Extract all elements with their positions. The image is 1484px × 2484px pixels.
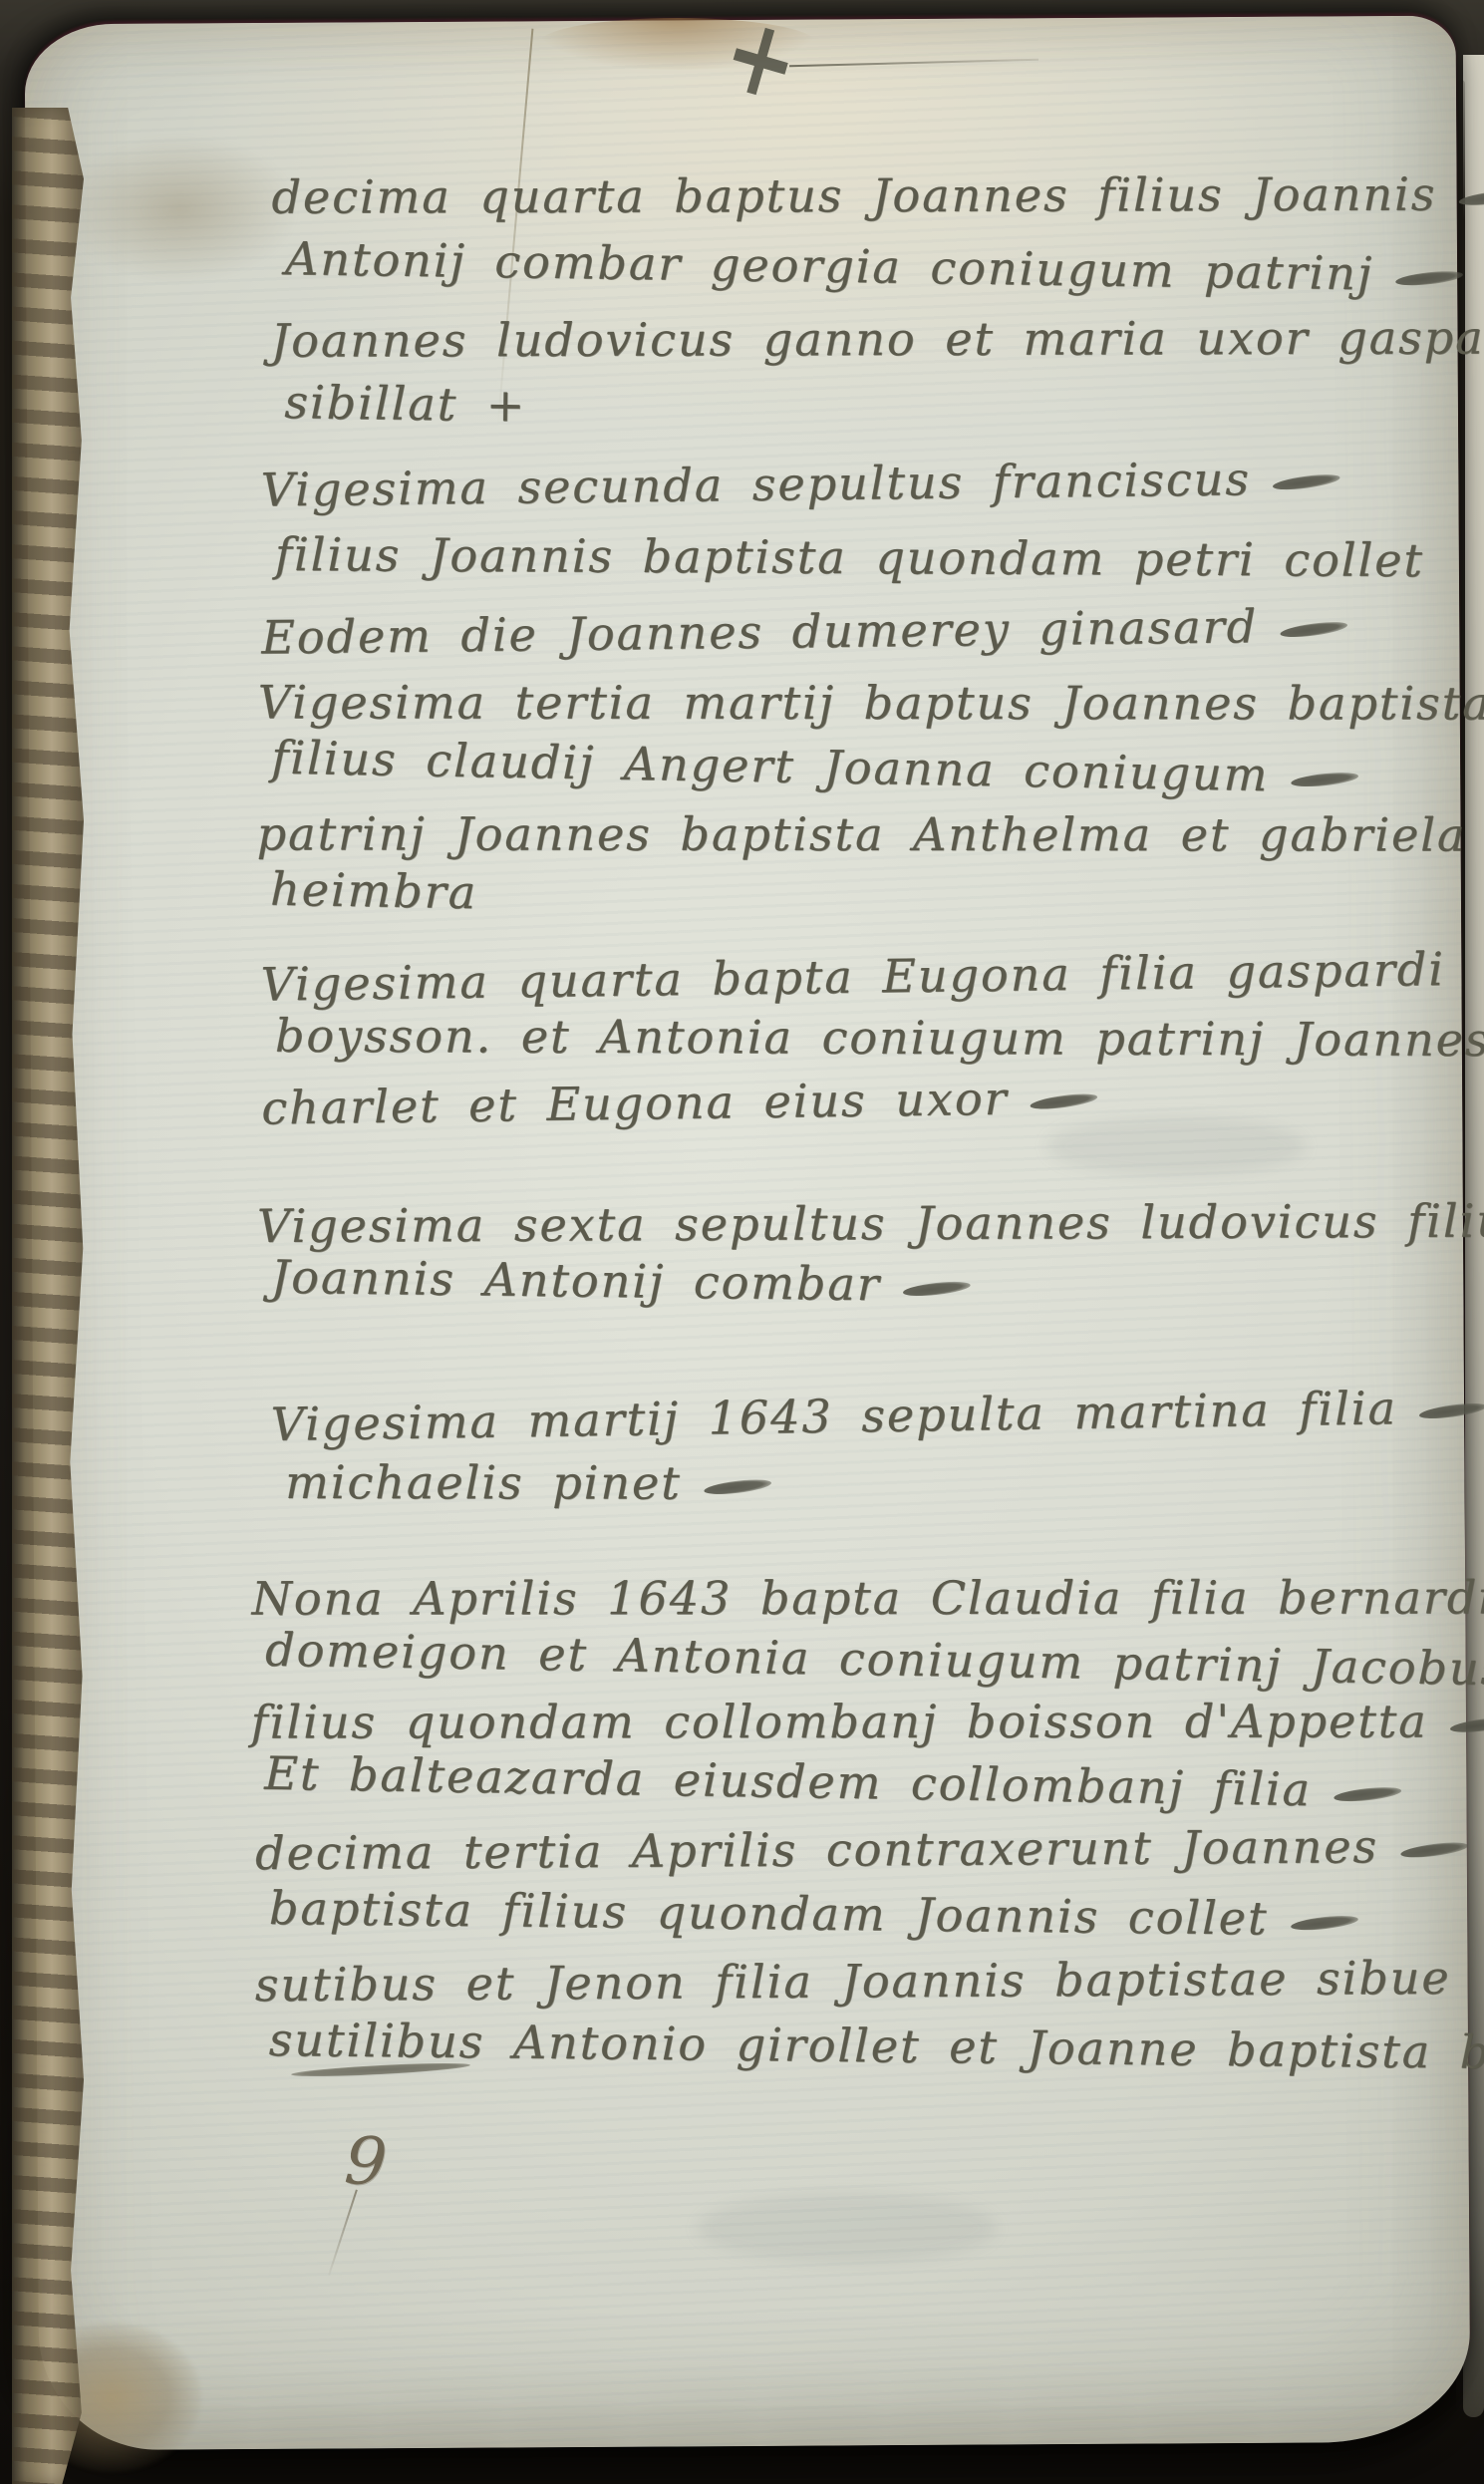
entry-line: Eodem die Joannes dumerey ginasard [261, 587, 1411, 674]
line-text: heimbra [270, 862, 478, 920]
entry-line: Vigesima martij 1643 sepulta martina fil… [270, 1373, 1484, 1458]
line-text: filius claudij Angert Joanna coniugum [271, 731, 1270, 801]
line-text: boysson. et Antonia coniugum patrinj Joa… [275, 1009, 1484, 1067]
flourish-dash [1395, 269, 1464, 288]
entry-line: Vigesima tertia martij baptus Joannes ba… [258, 669, 1484, 736]
flourish-dash [1449, 1714, 1484, 1734]
flourish-dash [1334, 1785, 1402, 1804]
line-text: sutibus et Jenon filia Joannis baptistae… [255, 1951, 1451, 2012]
flourish-dash [902, 1279, 971, 1298]
line-text: patrinj Joannes baptista Anthelma et gab… [257, 806, 1467, 861]
entry-line: michaelis pinet [285, 1448, 1484, 1518]
entry-line: Antonij combar georgia coniugum patrinj [285, 222, 1484, 312]
flourish-dash [1280, 619, 1348, 640]
line-text: Antonij combar georgia coniugum patrinj [285, 231, 1374, 300]
entry-line: filius quondam collombanj boisson d'Appe… [251, 1690, 1484, 1752]
entry-line: Vigesima secunda sepultus franciscus [260, 440, 1410, 526]
register-entry: Nona Aprilis 1643 bapta Claudia filia be… [250, 1562, 1484, 1818]
entry-line: heimbra [270, 856, 1484, 945]
entry-line: charlet et Eugona eius uxor [261, 1060, 1484, 1138]
entry-line: Vigesima sexta sepultus Joannes ludovicu… [257, 1189, 1484, 1257]
register-entry: Vigesima sexta sepultus Joannes ludovicu… [257, 1190, 1484, 1319]
register-entry: Vigesima secunda sepultus franciscusfili… [261, 445, 1411, 670]
line-text: filius Joannis baptista quondam petri co… [275, 527, 1424, 587]
flourish-dash [703, 1477, 771, 1497]
line-text: charlet et Eugona eius uxor [261, 1072, 1009, 1135]
flourish-dash [1400, 1840, 1469, 1861]
line-text: Vigesima tertia martij baptus Joannes ba… [258, 675, 1484, 730]
flourish-dash [1418, 1400, 1484, 1421]
register-entry: decima tertia Aprilis contraxerunt Joann… [255, 1815, 1484, 2080]
entry-line: Joannes ludovicus ganno et maria uxor ga… [271, 301, 1484, 376]
entry-line: Nona Aprilis 1643 bapta Claudia filia be… [252, 1566, 1484, 1629]
line-text: sutilibus Antonio girollet et Joanne bap… [269, 2013, 1484, 2080]
line-text: baptista filius quondam Joannis collet [269, 1881, 1269, 1945]
register-entry: Vigesima quarta bapta Eugona filia gaspa… [261, 942, 1484, 1134]
register-entry: decima quarta baptus Joannes filius Joan… [270, 156, 1484, 451]
register-entry: Vigesima tertia martij baptus Joannes ba… [256, 664, 1484, 939]
entry-line: Joannis Antonij combar [271, 1246, 1484, 1325]
entry-line: domeigon et Antonia coniugum patrinj Jac… [265, 1619, 1484, 1702]
flourish-dash [1030, 1090, 1098, 1111]
entry-line: sutibus et Jenon filia Joannis baptistae… [255, 1944, 1484, 2018]
line-text: Vigesima quarta bapta Eugona filia gaspa… [260, 942, 1445, 1012]
register-entries: decima quarta baptus Joannes filius Joan… [0, 0, 1484, 2484]
line-text: Vigesima sexta sepultus Joannes ludovicu… [257, 1193, 1484, 1253]
manuscript-photo: + decima quarta baptus Joannes filius Jo… [0, 0, 1484, 2484]
entry-line: filius Joannis baptista quondam petri co… [275, 517, 1424, 597]
line-text: Vigesima martij 1643 sepulta martina fil… [270, 1381, 1397, 1451]
flourish-dash [1290, 1913, 1358, 1933]
line-text: filius quondam collombanj boisson d'Appe… [251, 1695, 1428, 1749]
flourish-dash [1458, 187, 1484, 207]
line-text: domeigon et Antonia coniugum patrinj Jac… [265, 1623, 1484, 1697]
entry-line: decima quarta baptus Joannes filius Joan… [271, 157, 1484, 232]
line-text: Eodem die Joannes dumerey ginasard [261, 599, 1258, 664]
flourish-dash [1272, 471, 1340, 492]
line-text: Et balteazarda eiusdem collombanj filia [264, 1746, 1313, 1816]
line-text: michaelis pinet [285, 1455, 682, 1510]
line-text: decima quarta baptus Joannes filius Joan… [271, 167, 1436, 224]
line-text: Joannis Antonij combar [271, 1250, 882, 1311]
register-entry: Vigesima martij 1643 sepulta martina fil… [271, 1378, 1484, 1522]
line-text: Nona Aprilis 1643 bapta Claudia filia be… [252, 1570, 1484, 1625]
line-text: decima tertia Aprilis contraxerunt Joann… [255, 1819, 1378, 1880]
line-text: Vigesima secunda sepultus franciscus [260, 452, 1251, 516]
entry-line: Vigesima quarta bapta Eugona filia gaspa… [260, 936, 1484, 1015]
entry-line: baptista filius quondam Joannis collet [269, 1875, 1484, 1955]
line-text: sibillat + [284, 375, 527, 432]
line-text: Joannes ludovicus ganno et maria uxor ga… [271, 310, 1484, 367]
entry-line: patrinj Joannes baptista Anthelma et gab… [257, 800, 1484, 867]
entry-line: Et balteazarda eiusdem collombanj filia [264, 1742, 1484, 1825]
entry-line: sutilibus Antonio girollet et Joanne bap… [269, 2007, 1484, 2086]
entry-line: boysson. et Antonia coniugum patrinj Joa… [275, 1005, 1484, 1072]
entry-line: decima tertia Aprilis contraxerunt Joann… [255, 1812, 1484, 1886]
flourish-dash [1291, 771, 1359, 789]
entry-line: filius claudij Angert Joanna coniugum [271, 725, 1484, 813]
page-number: 9 [342, 2122, 389, 2202]
